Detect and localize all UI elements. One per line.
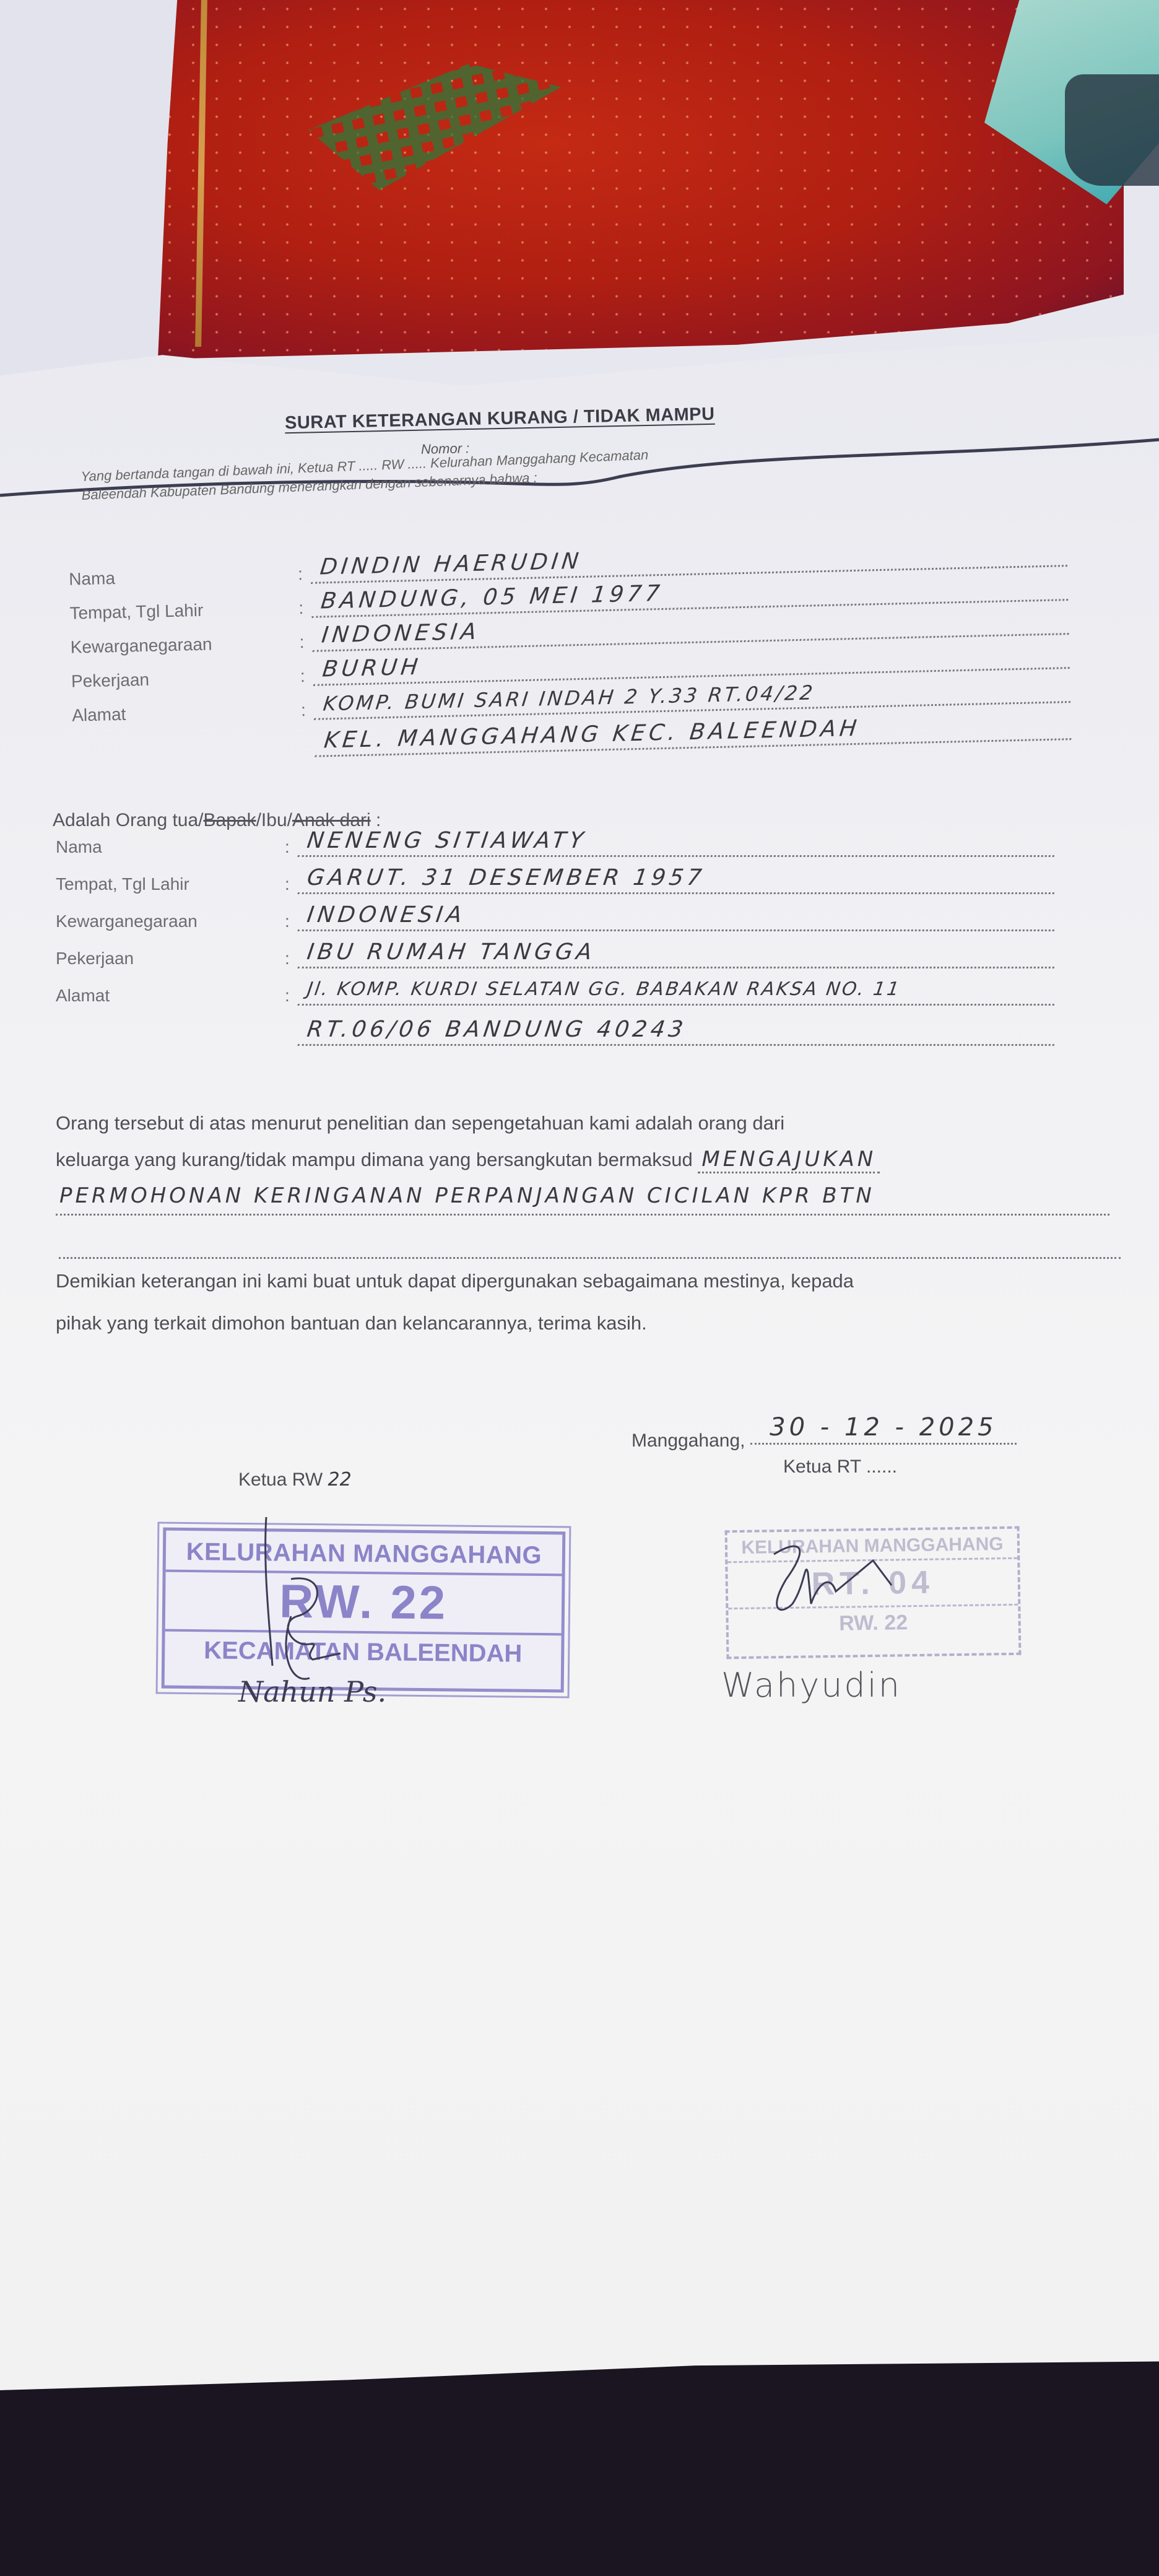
rt-signatory-name: Wahyudin	[721, 1666, 901, 1705]
field-label: Alamat	[72, 700, 302, 725]
ketua-rw-label: Ketua RW 22	[238, 1469, 352, 1490]
stamp-rt-bottom: RW. 22	[728, 1606, 1018, 1638]
place-label: Manggahang,	[632, 1430, 745, 1451]
letter-document: SURAT KETERANGAN KURANG / TIDAK MAMPU No…	[0, 0, 1159, 2576]
parent-address-row: Alamat : Jl. KOMP. KURDI SELATAN GG. BAB…	[56, 975, 1056, 1006]
field-label	[73, 757, 302, 762]
ketua-rw-number: 22	[328, 1469, 352, 1490]
parent-name-row: Nama : NENENG SITIAWATY	[56, 827, 1056, 857]
stamp-rw-middle: RW. 22	[165, 1572, 562, 1636]
purpose-value-2: PERMOHONAN KERINGANAN PERPANJANGAN CICIL…	[56, 1178, 1109, 1216]
field-label: Tempat, Tgl Lahir	[56, 874, 285, 894]
stamp-rw-bottom: KECAMATAN BALEENDAH	[165, 1632, 562, 1669]
parent-nationality-value: INDONESIA	[298, 901, 1059, 931]
field-label: Nama	[56, 837, 285, 857]
statement-line-3: PERMOHONAN KERINGANAN PERPANJANGAN CICIL…	[56, 1178, 1121, 1216]
parent-address-row-2: RT.06/06 BANDUNG 40243	[56, 1016, 1056, 1046]
stamp-rw-top: KELURAHAN MANGGAHANG	[166, 1531, 563, 1577]
field-label: Kewarganegaraan	[70, 632, 300, 657]
date-value: 30 - 12 - 2025	[750, 1413, 1017, 1445]
ketua-rt-label: Ketua RT ......	[783, 1456, 897, 1477]
place-date: Manggahang, 30 - 12 - 2025	[632, 1424, 1017, 1456]
closing-line-2: pihak yang terkait dimohon bantuan dan k…	[56, 1302, 1121, 1344]
stamp-rw: KELURAHAN MANGGAHANG RW. 22 KECAMATAN BA…	[162, 1528, 566, 1693]
blank-dotted-line	[59, 1257, 1121, 1259]
closing-line-1: Demikian keterangan ini kami buat untuk …	[56, 1260, 1121, 1302]
field-label: Kewarganegaraan	[56, 912, 285, 931]
field-label: Alamat	[56, 986, 285, 1006]
purpose-value-1: MENGAJUKAN	[698, 1147, 880, 1173]
statement-line-2: keluarga yang kurang/tidak mampu dimana …	[56, 1141, 1121, 1178]
closing-paragraph: Demikian keterangan ini kami buat untuk …	[56, 1260, 1121, 1344]
stamp-rt-middle: RT. 04	[727, 1559, 1018, 1610]
parent-address-value: Jl. KOMP. KURDI SELATAN GG. BABAKAN RAKS…	[298, 975, 1059, 1006]
stamp-rt-top: KELURAHAN MANGGAHANG	[727, 1529, 1018, 1564]
field-label: Pekerjaan	[71, 666, 301, 691]
rw-signatory-name: Nahun Ps.	[238, 1675, 386, 1708]
parent-name-value: NENENG SITIAWATY	[298, 827, 1059, 857]
parent-nationality-row: Kewarganegaraan : INDONESIA	[56, 901, 1056, 931]
ketua-rw-text: Ketua RW	[238, 1469, 323, 1490]
statement-paragraph: Orang tersebut di atas menurut penelitia…	[56, 1105, 1121, 1216]
statement-line-1: Orang tersebut di atas menurut penelitia…	[56, 1105, 1121, 1141]
stamp-rt: KELURAHAN MANGGAHANG RT. 04 RW. 22	[725, 1526, 1022, 1660]
statement-line-2-text: keluarga yang kurang/tidak mampu dimana …	[56, 1149, 693, 1170]
field-label: Nama	[69, 564, 298, 589]
parent-occupation-row: Pekerjaan : IBU RUMAH TANGGA	[56, 938, 1056, 968]
field-label: Pekerjaan	[56, 949, 285, 968]
field-label: Tempat, Tgl Lahir	[69, 598, 299, 623]
parent-address-value-2: RT.06/06 BANDUNG 40243	[298, 1016, 1059, 1046]
parent-occupation-value: IBU RUMAH TANGGA	[298, 938, 1059, 968]
parent-birth-value: GARUT. 31 DESEMBER 1957	[298, 864, 1059, 894]
parent-birth-row: Tempat, Tgl Lahir : GARUT. 31 DESEMBER 1…	[56, 864, 1056, 894]
